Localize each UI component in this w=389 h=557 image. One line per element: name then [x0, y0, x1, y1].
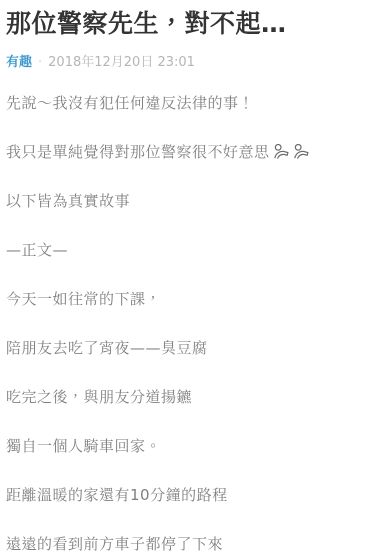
paragraph-text: 吃完之後，與朋友分道揚鑣 [6, 388, 192, 406]
paragraph-text: 今天一如往常的下課， [6, 290, 161, 308]
forum-link[interactable]: 有趣 [6, 55, 32, 71]
post-paragraph: 先說～我沒有犯任何違反法律的事！ [6, 93, 377, 114]
post-title: 那位警察先生，對不起… [6, 8, 377, 40]
paragraph-text: 獨自一個人騎車回家。 [6, 437, 161, 455]
post-timestamp: 2018年12月20日 23:01 [48, 55, 195, 71]
post-paragraph: 遠遠的看到前方車子都停了下來 [6, 534, 377, 555]
paragraph-text: —正文— [6, 241, 68, 259]
paragraph-text: 陪朋友去吃了宵夜——臭豆腐 [6, 339, 208, 357]
meta-separator-dot: · [38, 55, 42, 71]
post-content: 先說～我沒有犯任何違反法律的事！ 我只是單純覺得對那位警察很不好意思 以下皆為真… [6, 93, 377, 555]
paragraph-text: 我只是單純覺得對那位警察很不好意思 [6, 143, 270, 161]
post-paragraph: 今天一如往常的下課， [6, 289, 377, 310]
paragraph-text: 以下皆為真實故事 [6, 192, 130, 210]
post-paragraph: 獨自一個人騎車回家。 [6, 436, 377, 457]
post-paragraph: 吃完之後，與朋友分道揚鑣 [6, 387, 377, 408]
person-bowing-icon [293, 142, 310, 163]
post-paragraph: 陪朋友去吃了宵夜——臭豆腐 [6, 338, 377, 359]
post-paragraph: 以下皆為真實故事 [6, 191, 377, 212]
paragraph-text: 距離溫暖的家還有10分鐘的路程 [6, 486, 228, 504]
post-paragraph: 我只是單純覺得對那位警察很不好意思 [6, 142, 377, 163]
person-bowing-icon [273, 142, 290, 163]
paragraph-text: 遠遠的看到前方車子都停了下來 [6, 535, 223, 553]
post-paragraph: 距離溫暖的家還有10分鐘的路程 [6, 485, 377, 506]
post-article: 那位警察先生，對不起… 有趣 · 2018年12月20日 23:01 先說～我沒… [0, 0, 389, 555]
post-paragraph: —正文— [6, 240, 377, 261]
paragraph-text: 先說～我沒有犯任何違反法律的事！ [6, 94, 254, 112]
post-meta: 有趣 · 2018年12月20日 23:01 [6, 55, 377, 71]
